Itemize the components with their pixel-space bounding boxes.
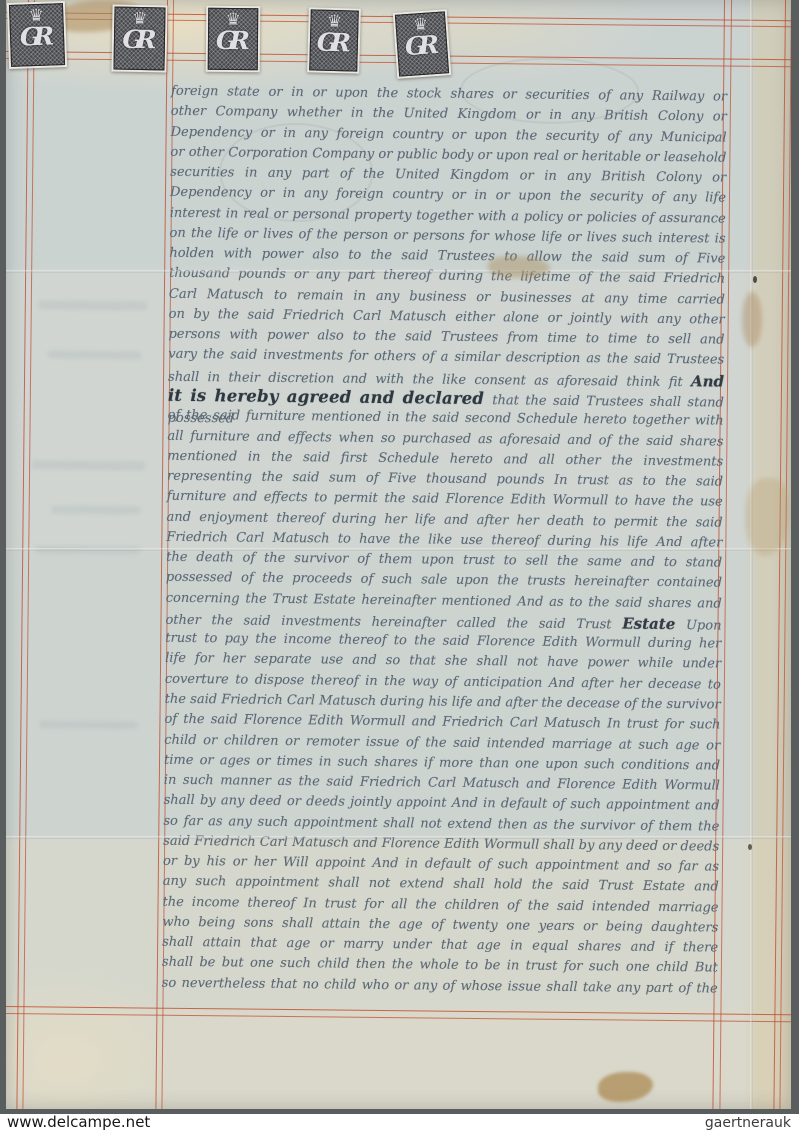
ink-bleed-ghost xyxy=(31,460,146,470)
vertical-rule-right-outer xyxy=(773,0,791,1109)
stamp-monogram: GR xyxy=(404,32,440,59)
fold-crease-horizontal xyxy=(6,836,791,839)
stamp-monogram: GR xyxy=(20,23,55,49)
revenue-stamp: ♛ GR xyxy=(393,9,451,79)
watermark-strip: www.delcampe.net gaertnerauk xyxy=(0,1114,799,1131)
revenue-stamp: ♛ GR xyxy=(111,5,167,73)
stamp-design: ♛ GR xyxy=(395,11,449,76)
stain xyxy=(742,292,762,347)
scanned-document-photo: foreign state or in or upon the stock sh… xyxy=(0,0,799,1131)
ink-bleed-ghost xyxy=(51,505,141,514)
ink-bleed-ghost xyxy=(38,720,138,729)
ink-speck xyxy=(748,844,752,850)
document-sheet: foreign state or in or upon the stock sh… xyxy=(6,0,791,1109)
stain xyxy=(488,256,550,278)
watermark-right: gaertnerauk xyxy=(705,1115,791,1131)
vertical-rule-left-outer xyxy=(16,0,35,1109)
handwritten-text: foreign state or in or upon the stock sh… xyxy=(162,82,728,1000)
horizontal-rule-bottom xyxy=(6,1006,791,1022)
fold-crease-horizontal xyxy=(6,270,791,273)
ink-bleed-ghost xyxy=(47,350,142,359)
ink-speck xyxy=(753,276,757,283)
stamp-design: ♛ GR xyxy=(309,9,359,71)
fold-crease-vertical xyxy=(750,0,753,1109)
ink-bleed-ghost xyxy=(38,300,148,310)
stamp-monogram: GR xyxy=(216,28,250,53)
stamp-design: ♛ GR xyxy=(113,7,165,71)
revenue-stamp: ♛ GR xyxy=(7,1,67,69)
revenue-stamp: ♛ GR xyxy=(206,6,261,72)
watermark-left: www.delcampe.net xyxy=(7,1113,150,1131)
fold-crease-horizontal xyxy=(6,548,791,551)
stamp-monogram: GR xyxy=(122,27,157,53)
stamp-design: ♛ GR xyxy=(208,8,259,70)
stamp-monogram: GR xyxy=(317,30,352,56)
revenue-stamp: ♛ GR xyxy=(307,7,361,73)
stamp-design: ♛ GR xyxy=(9,3,65,67)
ruled-and-text-layer: foreign state or in or upon the stock sh… xyxy=(6,0,791,1109)
